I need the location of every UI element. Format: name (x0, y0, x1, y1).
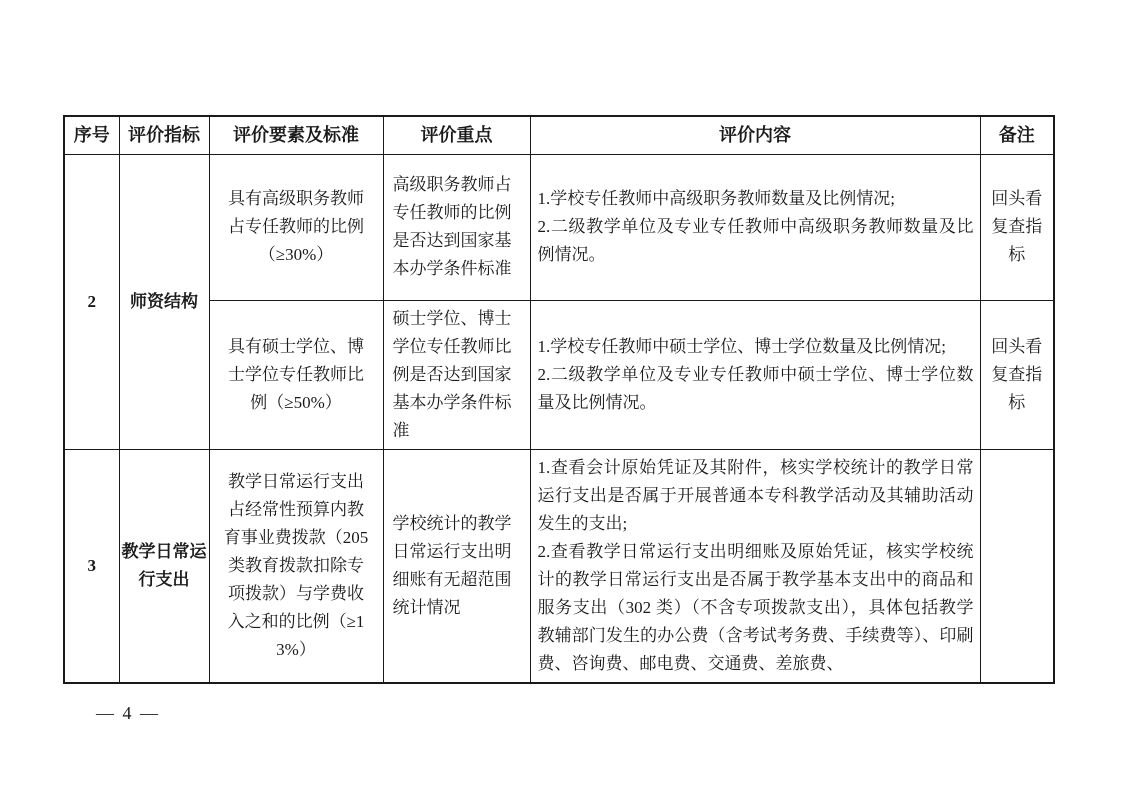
row2b-content-cell: 1.学校专任教师中硕士学位、博士学位数量及比例情况; 2.二级教学单位及专业专任… (530, 300, 980, 449)
content-item: 2.二级教学单位及专业专任教师中硕士学位、博士学位数量及比例情况。 (538, 361, 974, 417)
content-item: 1.查看会计原始凭证及其附件，核实学校统计的教学日常运行支出是否属于开展普通本专… (538, 454, 974, 538)
table-row: 2 师资结构 具有高级职务教师占专任教师的比例（≥30%） 高级职务教师占专任教… (64, 154, 1054, 300)
column-header-indicator: 评价指标 (119, 116, 209, 154)
row2b-remark-cell: 回头看复查指标 (980, 300, 1054, 449)
content-item: 2.查看教学日常运行支出明细账及原始凭证，核实学校统计的教学日常运行支出是否属于… (538, 538, 974, 678)
column-header-remark: 备注 (980, 116, 1054, 154)
row2b-criteria-cell: 具有硕士学位、博士学位专任教师比例（≥50%） (209, 300, 383, 449)
content-item: 1.学校专任教师中高级职务教师数量及比例情况; (538, 185, 974, 213)
table-row: 具有硕士学位、博士学位专任教师比例（≥50%） 硕士学位、博士学位专任教师比例是… (64, 300, 1054, 449)
row2-indicator-cell: 师资结构 (119, 154, 209, 449)
content-item: 2.二级教学单位及专业专任教师中高级职务教师数量及比例情况。 (538, 213, 974, 269)
row3-seq-cell: 3 (64, 449, 119, 683)
page-number: — 4 — (96, 703, 160, 724)
row2a-remark-cell: 回头看复查指标 (980, 154, 1054, 300)
table-row: 3 教学日常运行支出 教学日常运行支出占经常性预算内教育事业费拨款（205类教育… (64, 449, 1054, 683)
row3-focus-cell: 学校统计的教学日常运行支出明细账有无超范围统计情况 (383, 449, 530, 683)
column-header-content: 评价内容 (530, 116, 980, 154)
row2-seq-cell: 2 (64, 154, 119, 449)
row2b-focus-cell: 硕士学位、博士学位专任教师比例是否达到国家基本办学条件标准 (383, 300, 530, 449)
row3-criteria-cell: 教学日常运行支出占经常性预算内教育事业费拨款（205类教育拨款扣除专项拨款）与学… (209, 449, 383, 683)
evaluation-table: 序号 评价指标 评价要素及标准 评价重点 评价内容 备注 2 师资结构 具有高级… (63, 115, 1055, 684)
table-header-row: 序号 评价指标 评价要素及标准 评价重点 评价内容 备注 (64, 116, 1054, 154)
column-header-seq: 序号 (64, 116, 119, 154)
row3-remark-cell (980, 449, 1054, 683)
document-page: 序号 评价指标 评价要素及标准 评价重点 评价内容 备注 2 师资结构 具有高级… (0, 0, 1122, 793)
column-header-focus: 评价重点 (383, 116, 530, 154)
row2a-content-cell: 1.学校专任教师中高级职务教师数量及比例情况; 2.二级教学单位及专业专任教师中… (530, 154, 980, 300)
content-item: 1.学校专任教师中硕士学位、博士学位数量及比例情况; (538, 333, 974, 361)
row3-indicator-cell: 教学日常运行支出 (119, 449, 209, 683)
row2a-focus-cell: 高级职务教师占专任教师的比例是否达到国家基本办学条件标准 (383, 154, 530, 300)
column-header-criteria: 评价要素及标准 (209, 116, 383, 154)
row2a-criteria-cell: 具有高级职务教师占专任教师的比例（≥30%） (209, 154, 383, 300)
row3-content-cell: 1.查看会计原始凭证及其附件，核实学校统计的教学日常运行支出是否属于开展普通本专… (530, 449, 980, 683)
